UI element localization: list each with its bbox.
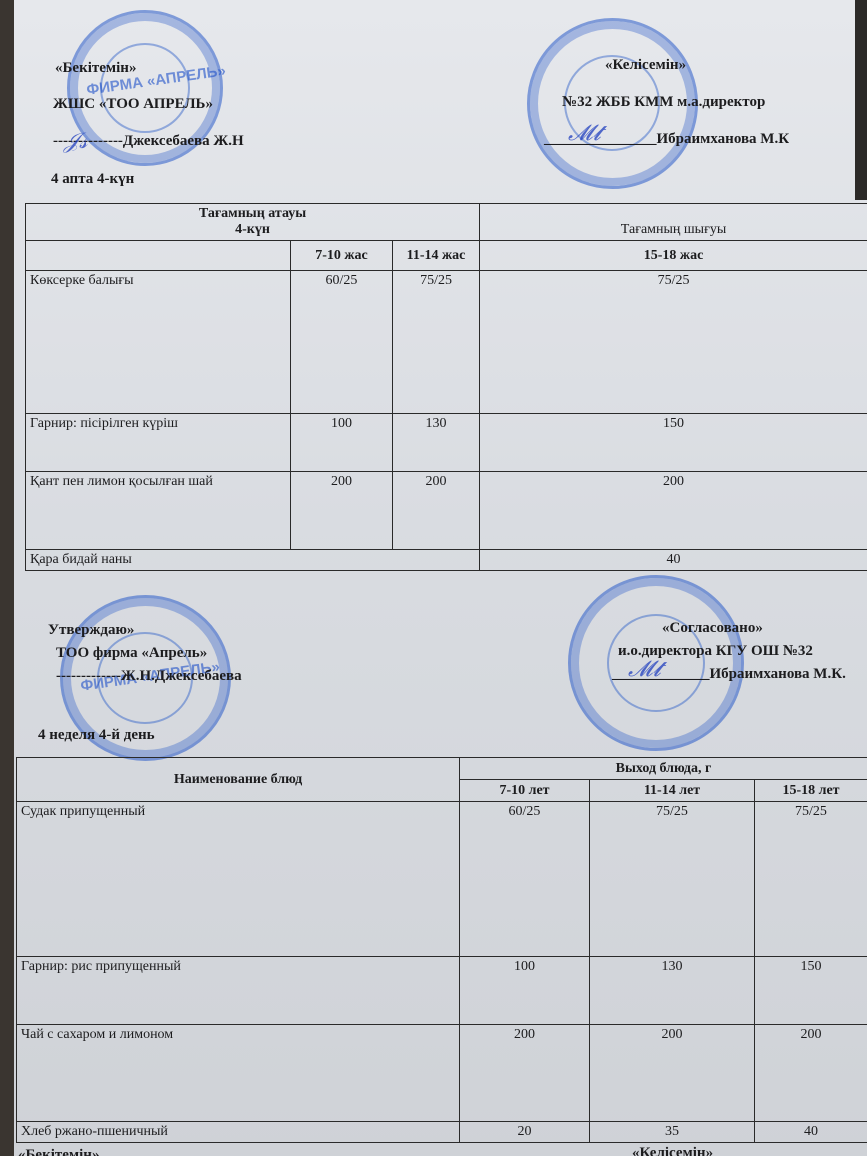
yield-value: 75/25	[480, 271, 867, 414]
yield-value: 130	[590, 957, 755, 1025]
dish-name: Гарнир: рис припущенный	[17, 957, 460, 1025]
age-group-11-14-ru: 11-14 лет	[590, 780, 755, 802]
yield-value: 35	[590, 1122, 755, 1143]
header-dish-name-kz: Тағамның атауы 4-күн	[26, 204, 480, 241]
yield-value: 200	[393, 472, 480, 550]
signature-left-top: 𝒥𝓈	[64, 128, 87, 154]
agree-heading-kz: «Келісемін»	[605, 57, 686, 74]
agree-position-kz: №32 ЖББ КММ м.а.директор	[562, 94, 765, 111]
yield-value: 100	[291, 414, 393, 472]
header-yield-kz: Тағамның шығуы	[480, 204, 867, 241]
agree-heading-ru: «Согласовано»	[662, 620, 763, 637]
header-blank-kz	[26, 241, 291, 271]
table-row: Қант пен лимон қосылған шай 200 200 200	[26, 472, 867, 550]
dish-name: Қант пен лимон қосылған шай	[26, 472, 291, 550]
table-row: Көксерке балығы 60/25 75/25 75/25	[26, 271, 867, 414]
yield-value: 200	[460, 1025, 590, 1122]
yield-value: 200	[291, 472, 393, 550]
dish-name: Чай с сахаром и лимоном	[17, 1025, 460, 1122]
yield-value: 40	[480, 550, 867, 571]
footer-agree-heading: «Келісемін»	[632, 1145, 713, 1156]
yield-value: 200	[755, 1025, 867, 1122]
yield-value: 60/25	[460, 802, 590, 957]
age-group-11-14-kz: 11-14 жас	[393, 241, 480, 271]
dish-name: Гарнир: пісірілген күріш	[26, 414, 291, 472]
header-yield-ru: Выход блюда, г	[460, 758, 867, 780]
footer-approve-heading: «Бекітемін»	[18, 1147, 99, 1156]
yield-value: 75/25	[393, 271, 480, 414]
background-edge	[855, 0, 867, 200]
table-row: Чай с сахаром и лимоном 200 200 200	[17, 1025, 867, 1122]
day-label-kz: 4 апта 4-күн	[51, 171, 134, 188]
yield-value: 200	[590, 1025, 755, 1122]
yield-value: 75/25	[755, 802, 867, 957]
table-row: Судак припущенный 60/25 75/25 75/25	[17, 802, 867, 957]
age-group-7-10-ru: 7-10 лет	[460, 780, 590, 802]
dish-name: Қара бидай наны	[26, 550, 480, 571]
yield-value: 130	[393, 414, 480, 472]
approve-org-kz: ЖШС «ТОО АПРЕЛЬ»	[53, 96, 213, 113]
menu-table-ru: Наименование блюд Выход блюда, г 7-10 ле…	[16, 757, 867, 1143]
approve-signer-ru: -------------Ж.Н.Джексебаева	[56, 668, 242, 685]
day-label-ru: 4 неделя 4-й день	[38, 727, 155, 744]
approve-heading-kz: «Бекітемін»	[55, 60, 136, 77]
yield-value: 60/25	[291, 271, 393, 414]
dish-name: Судак припущенный	[17, 802, 460, 957]
yield-value: 40	[755, 1122, 867, 1143]
age-group-15-18-ru: 15-18 лет	[755, 780, 867, 802]
yield-value: 200	[480, 472, 867, 550]
yield-value: 75/25	[590, 802, 755, 957]
yield-value: 100	[460, 957, 590, 1025]
table-row: Хлеб ржано-пшеничный 20 35 40	[17, 1122, 867, 1143]
signature-right-bottom: 𝓜𝓽	[628, 656, 661, 682]
approve-org-ru: ТОО фирма «Апрель»	[56, 645, 207, 662]
age-group-7-10-kz: 7-10 жас	[291, 241, 393, 271]
table-row: Гарнир: рис припущенный 100 130 150	[17, 957, 867, 1025]
yield-value: 150	[755, 957, 867, 1025]
age-group-15-18-kz: 15-18 жас	[480, 241, 867, 271]
approve-heading-ru: Утверждаю»	[48, 622, 134, 639]
table-row: Қара бидай наны 40	[26, 550, 867, 571]
dish-name: Хлеб ржано-пшеничный	[17, 1122, 460, 1143]
dish-name: Көксерке балығы	[26, 271, 291, 414]
table-row: Гарнир: пісірілген күріш 100 130 150	[26, 414, 867, 472]
signature-right-top: 𝓜𝓽	[568, 120, 601, 146]
yield-value: 20	[460, 1122, 590, 1143]
yield-value: 150	[480, 414, 867, 472]
menu-table-kz: Тағамның атауы 4-күн Тағамның шығуы 7-10…	[25, 203, 867, 571]
header-dish-name-ru: Наименование блюд	[17, 758, 460, 802]
